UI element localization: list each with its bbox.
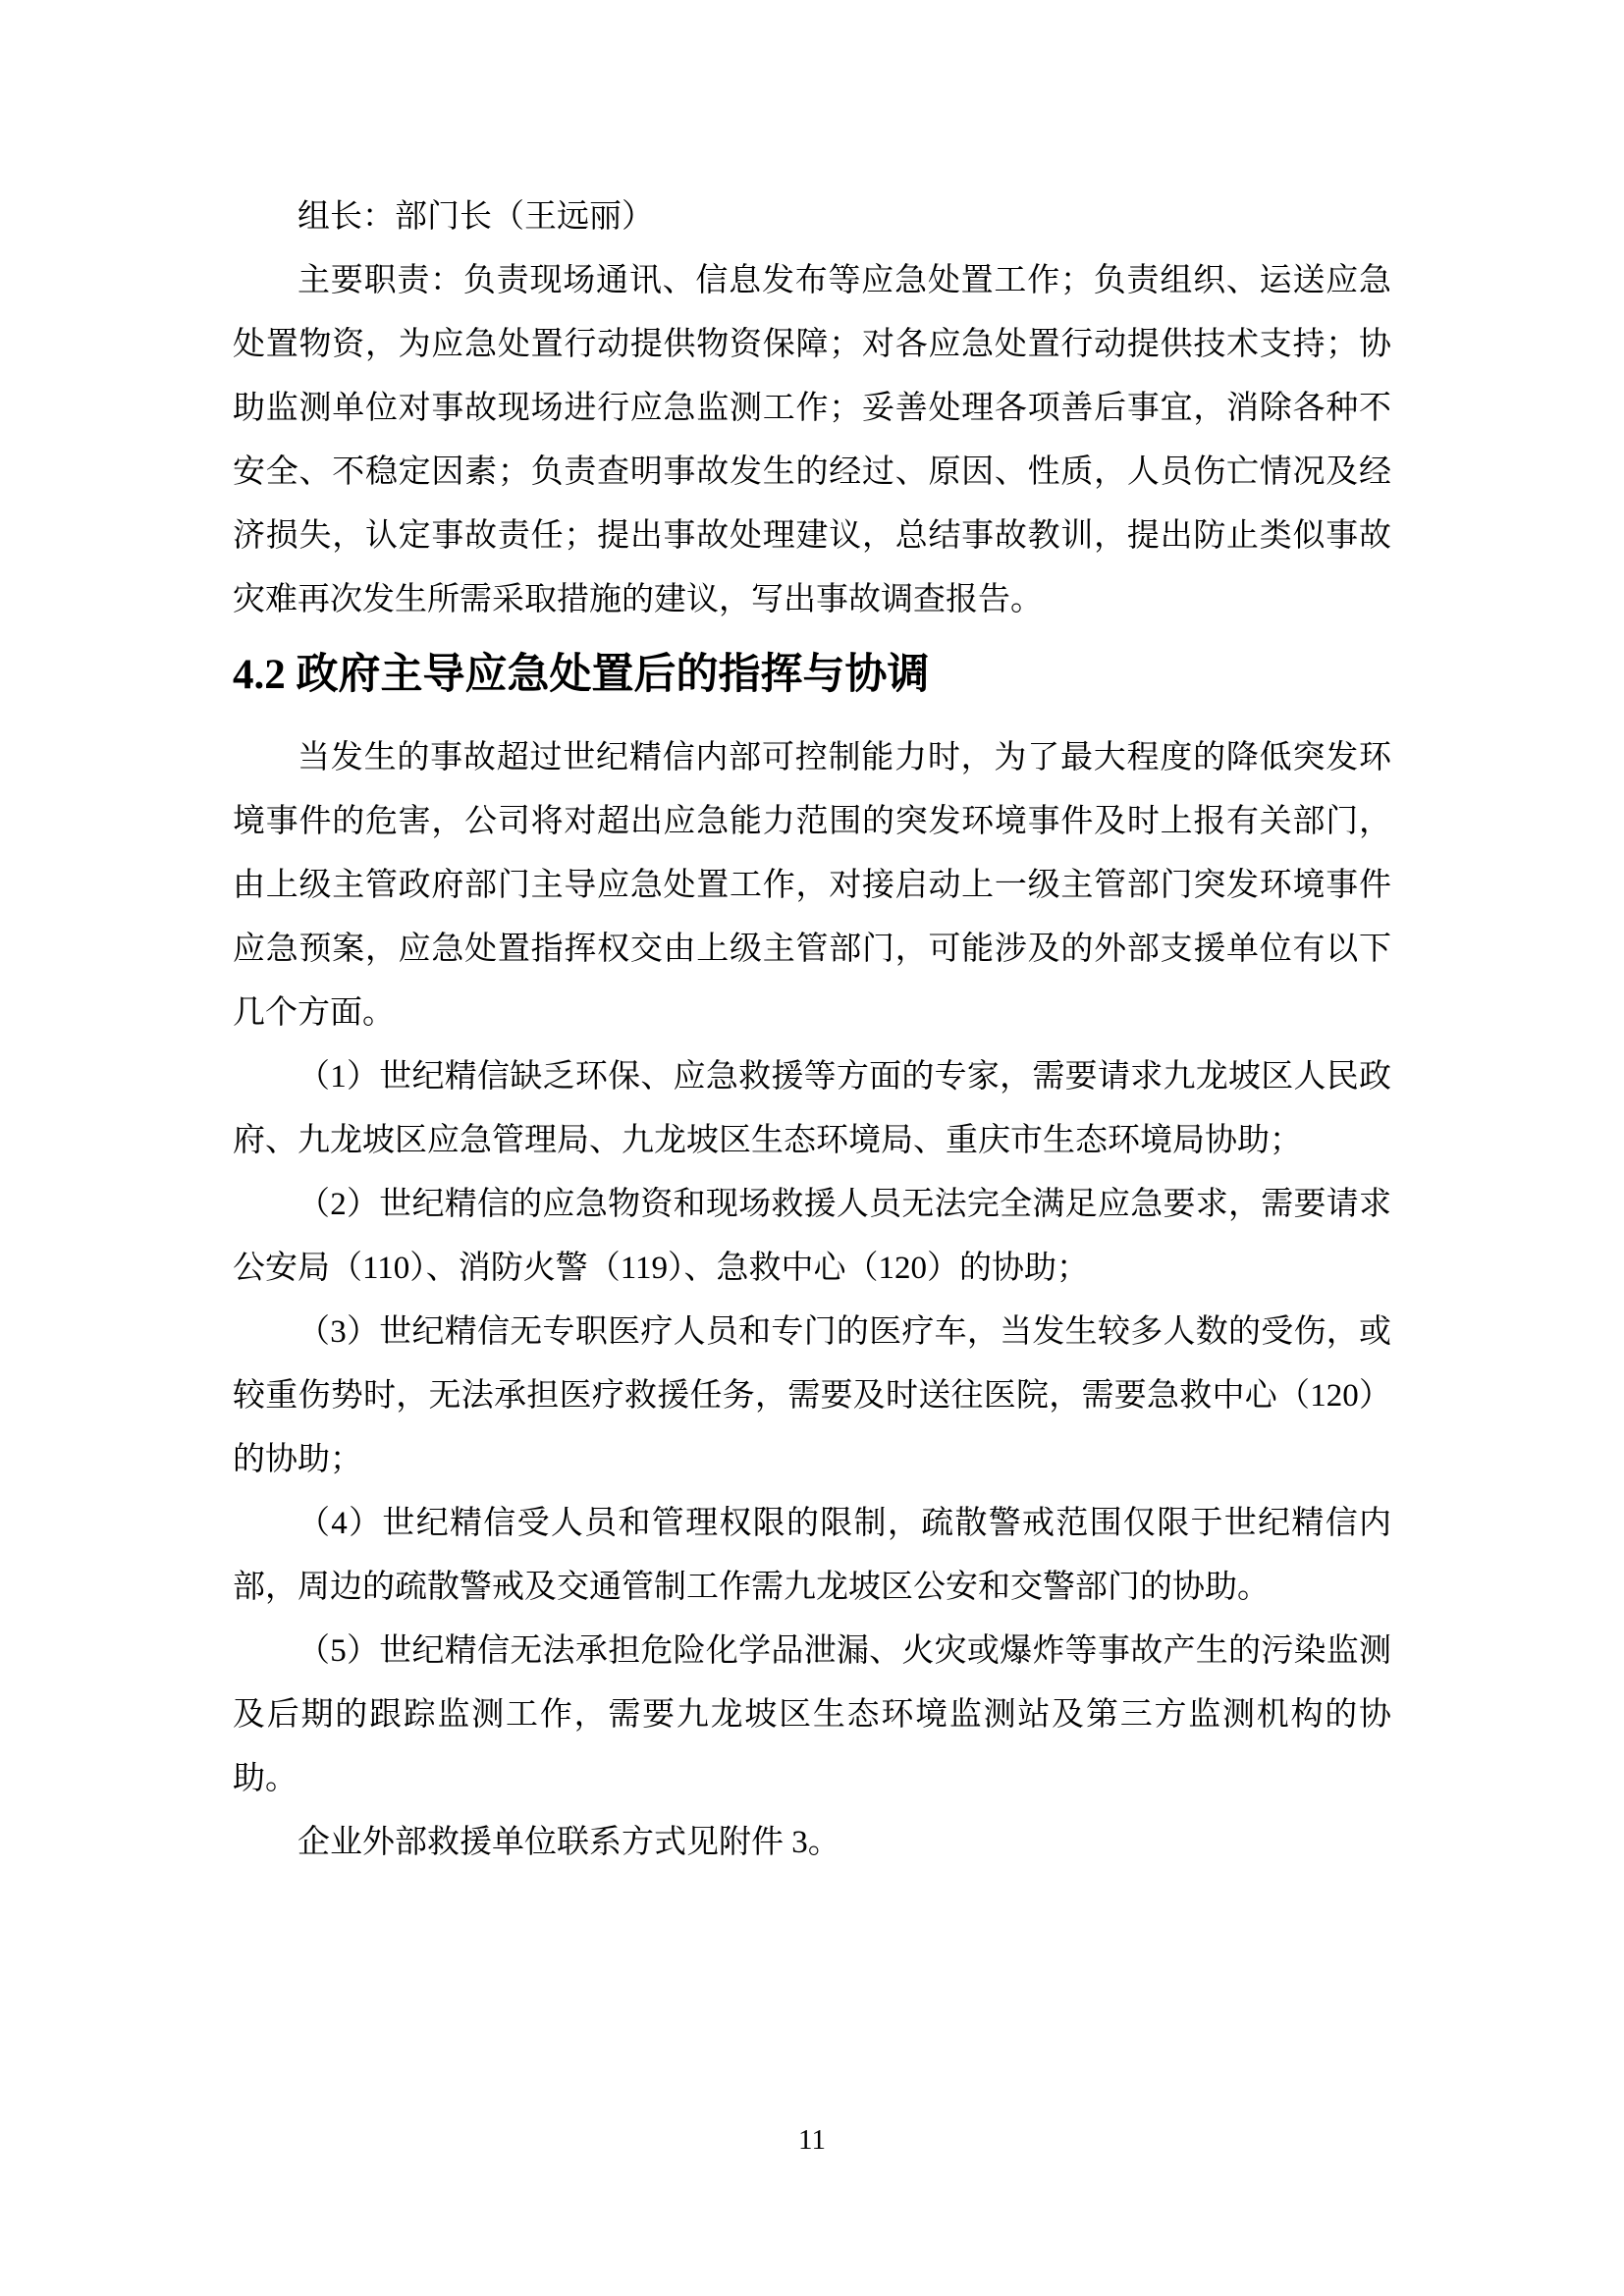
paragraph-gov-led-intro: 当发生的事故超过世纪精信内部可控制能力时，为了最大程度的降低突发环境事件的危害，… <box>233 726 1391 1045</box>
section-heading-4-2: 4.2 政府主导应急处置后的指挥与协调 <box>233 638 1391 712</box>
document-page: 组长：部门长（王远丽） 主要职责：负责现场通讯、信息发布等应急处置工作；负责组织… <box>0 0 1624 2296</box>
paragraph-item-2: （2）世纪精信的应急物资和现场救援人员无法完全满足应急要求，需要请求公安局（11… <box>233 1173 1391 1301</box>
paragraph-item-1: （1）世纪精信缺乏环保、应急救援等方面的专家，需要请求九龙坡区人民政府、九龙坡区… <box>233 1045 1391 1173</box>
paragraph-item-5: （5）世纪精信无法承担危险化学品泄漏、火灾或爆炸等事故产生的污染监测及后期的跟踪… <box>233 1620 1391 1811</box>
paragraph-external-contacts: 企业外部救援单位联系方式见附件 3。 <box>233 1811 1391 1875</box>
paragraph-main-duties: 主要职责：负责现场通讯、信息发布等应急处置工作；负责组织、运送应急处置物资，为应… <box>233 249 1391 632</box>
paragraph-group-leader: 组长：部门长（王远丽） <box>233 186 1391 249</box>
paragraph-item-3: （3）世纪精信无专职医疗人员和专门的医疗车，当发生较多人数的受伤，或较重伤势时，… <box>233 1301 1391 1492</box>
paragraph-item-4: （4）世纪精信受人员和管理权限的限制，疏散警戒范围仅限于世纪精信内部，周边的疏散… <box>233 1492 1391 1620</box>
page-number: 11 <box>0 2123 1624 2157</box>
document-body: 组长：部门长（王远丽） 主要职责：负责现场通讯、信息发布等应急处置工作；负责组织… <box>233 186 1391 1875</box>
